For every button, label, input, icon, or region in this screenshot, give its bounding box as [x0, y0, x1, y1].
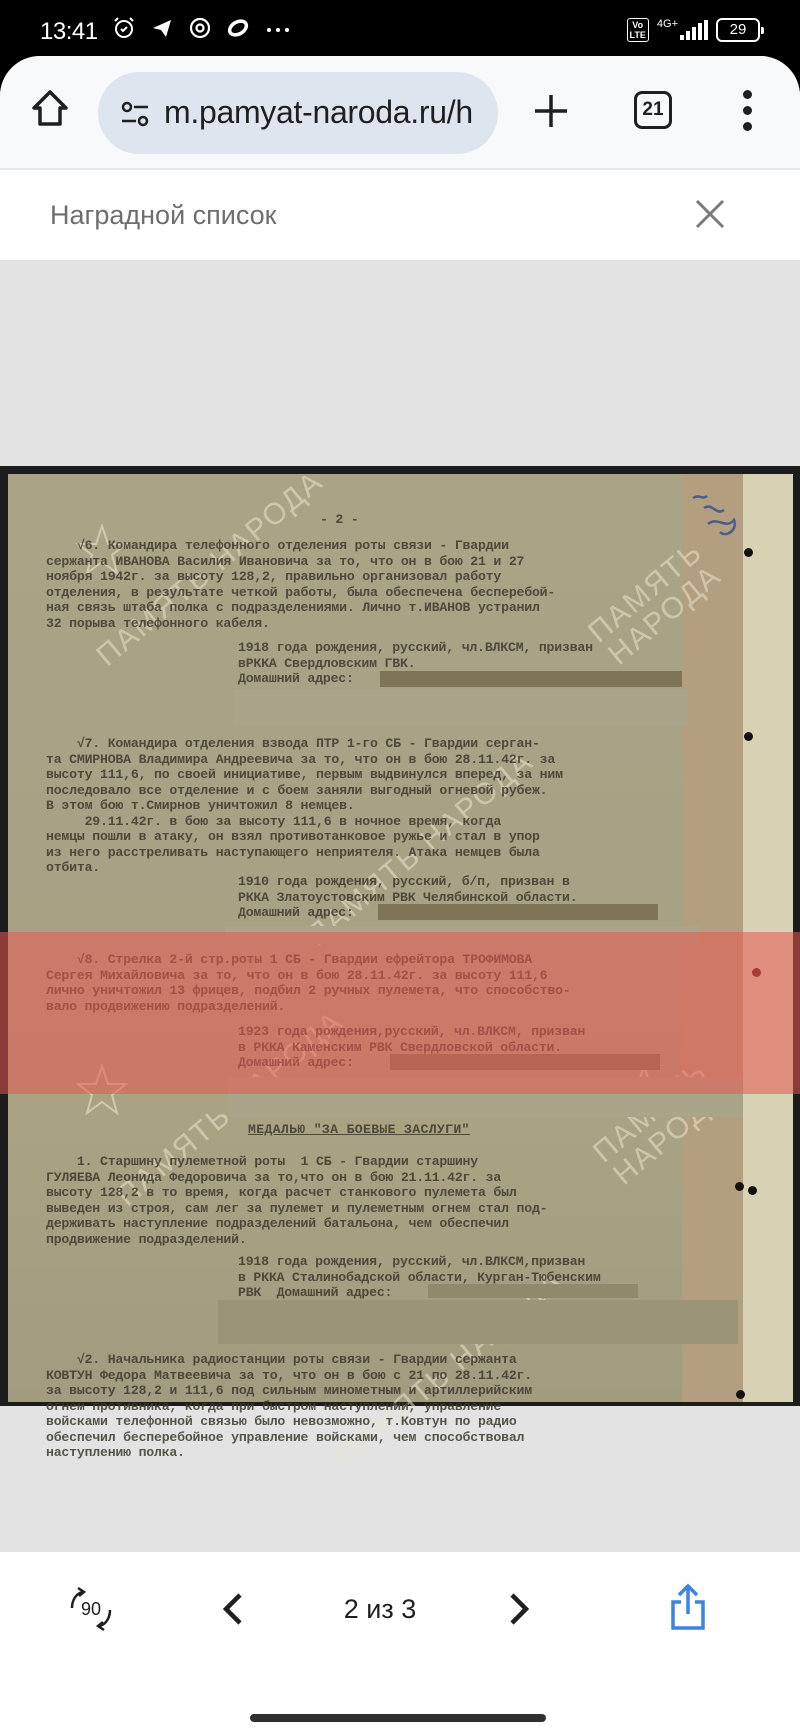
viewer-title: Наградной список: [50, 200, 277, 231]
share-button[interactable]: [668, 1582, 708, 1632]
redacted-address: [428, 1284, 638, 1298]
next-page-button[interactable]: [504, 1592, 534, 1626]
rotate-button[interactable]: 90: [64, 1582, 118, 1636]
network-type: 4G+: [657, 18, 678, 30]
handwritten-note: [688, 486, 748, 556]
ring-icon: [226, 16, 250, 46]
chevron-right-icon: [504, 1592, 534, 1626]
gesture-bar[interactable]: [250, 1714, 546, 1722]
medal-heading: МЕДАЛЬЮ "ЗА БОЕВЫЕ ЗАСЛУГИ": [248, 1122, 470, 1138]
viewer-header: Наградной список: [0, 168, 800, 260]
browser-menu-button[interactable]: [740, 90, 754, 134]
document-viewer[interactable]: ПАМЯТЬ НАРОДА ПАМЯТЬ НАРОДА ПАМЯТЬ НАРОД…: [0, 260, 800, 1608]
share-icon: [668, 1582, 708, 1632]
address-bar[interactable]: m.pamyat-naroda.ru/h: [98, 72, 498, 154]
chevron-left-icon: [218, 1592, 248, 1626]
paragraph-7: √7. Командира отделения взвода ПТР 1-го …: [46, 736, 563, 876]
url-text[interactable]: m.pamyat-naroda.ru/h: [164, 94, 473, 131]
close-viewer-button[interactable]: [692, 196, 728, 232]
paragraph-6-bio: 1918 года рождения, русский, чл.ВЛКСМ, п…: [238, 640, 593, 671]
home-button[interactable]: [28, 86, 72, 138]
status-bar: 13:41 VoLTE 4G+ 29: [0, 0, 800, 62]
notification-icons: [112, 16, 288, 46]
punch-hole: [744, 548, 753, 557]
at-sign-icon: [188, 16, 212, 46]
more-notifications-icon: [264, 16, 288, 46]
redacted-address: [378, 904, 658, 920]
status-right: VoLTE 4G+ 29: [627, 18, 760, 42]
punch-hole: [744, 732, 753, 741]
redacted-address: [380, 671, 682, 687]
document-scan[interactable]: ПАМЯТЬ НАРОДА ПАМЯТЬ НАРОДА ПАМЯТЬ НАРОД…: [0, 466, 800, 1406]
close-icon: [692, 196, 728, 232]
telegram-icon: [150, 16, 174, 46]
rotate-90-icon: 90: [64, 1582, 118, 1636]
punch-hole: [735, 1182, 744, 1191]
address-label: Домашний адрес:: [238, 671, 354, 687]
medal-paragraph-2: √2. Начальника радиостанции роты связи -…: [46, 1352, 532, 1461]
browser-toolbar: m.pamyat-naroda.ru/h 21: [0, 56, 800, 168]
highlighted-entry: [0, 932, 800, 1094]
page-indicator: 2 из 3: [300, 1594, 460, 1625]
svg-text:90: 90: [81, 1599, 101, 1619]
signal-icon: [680, 20, 708, 40]
plus-icon: [532, 92, 570, 130]
previous-page-button[interactable]: [218, 1592, 248, 1626]
redacted-block: [233, 689, 688, 725]
new-tab-button[interactable]: [532, 92, 570, 130]
page-number: - 2 -: [320, 512, 359, 528]
battery-icon: 29: [716, 18, 760, 42]
punch-hole: [748, 1186, 757, 1195]
more-vert-icon: [743, 90, 752, 99]
home-icon: [28, 86, 72, 130]
alarm-icon: [112, 16, 136, 46]
redacted-block: [218, 1300, 738, 1344]
tab-switcher-button[interactable]: 21: [634, 91, 672, 129]
site-settings-icon: [120, 100, 150, 128]
medal-paragraph-1: 1. Старшину пулеметной роты 1 СБ - Гвард…: [46, 1154, 547, 1247]
paragraph-6: √6. Командира телефонного отделения роты…: [46, 538, 555, 631]
address-label: Домашний адрес:: [238, 905, 354, 921]
volte-icon: VoLTE: [627, 18, 649, 42]
paragraph-7-bio: 1910 года рождения, русский, б/п, призва…: [238, 874, 577, 905]
viewer-bottom-bar: 90 2 из 3: [0, 1552, 800, 1677]
status-time: 13:41: [40, 18, 98, 46]
punch-hole: [736, 1390, 745, 1399]
